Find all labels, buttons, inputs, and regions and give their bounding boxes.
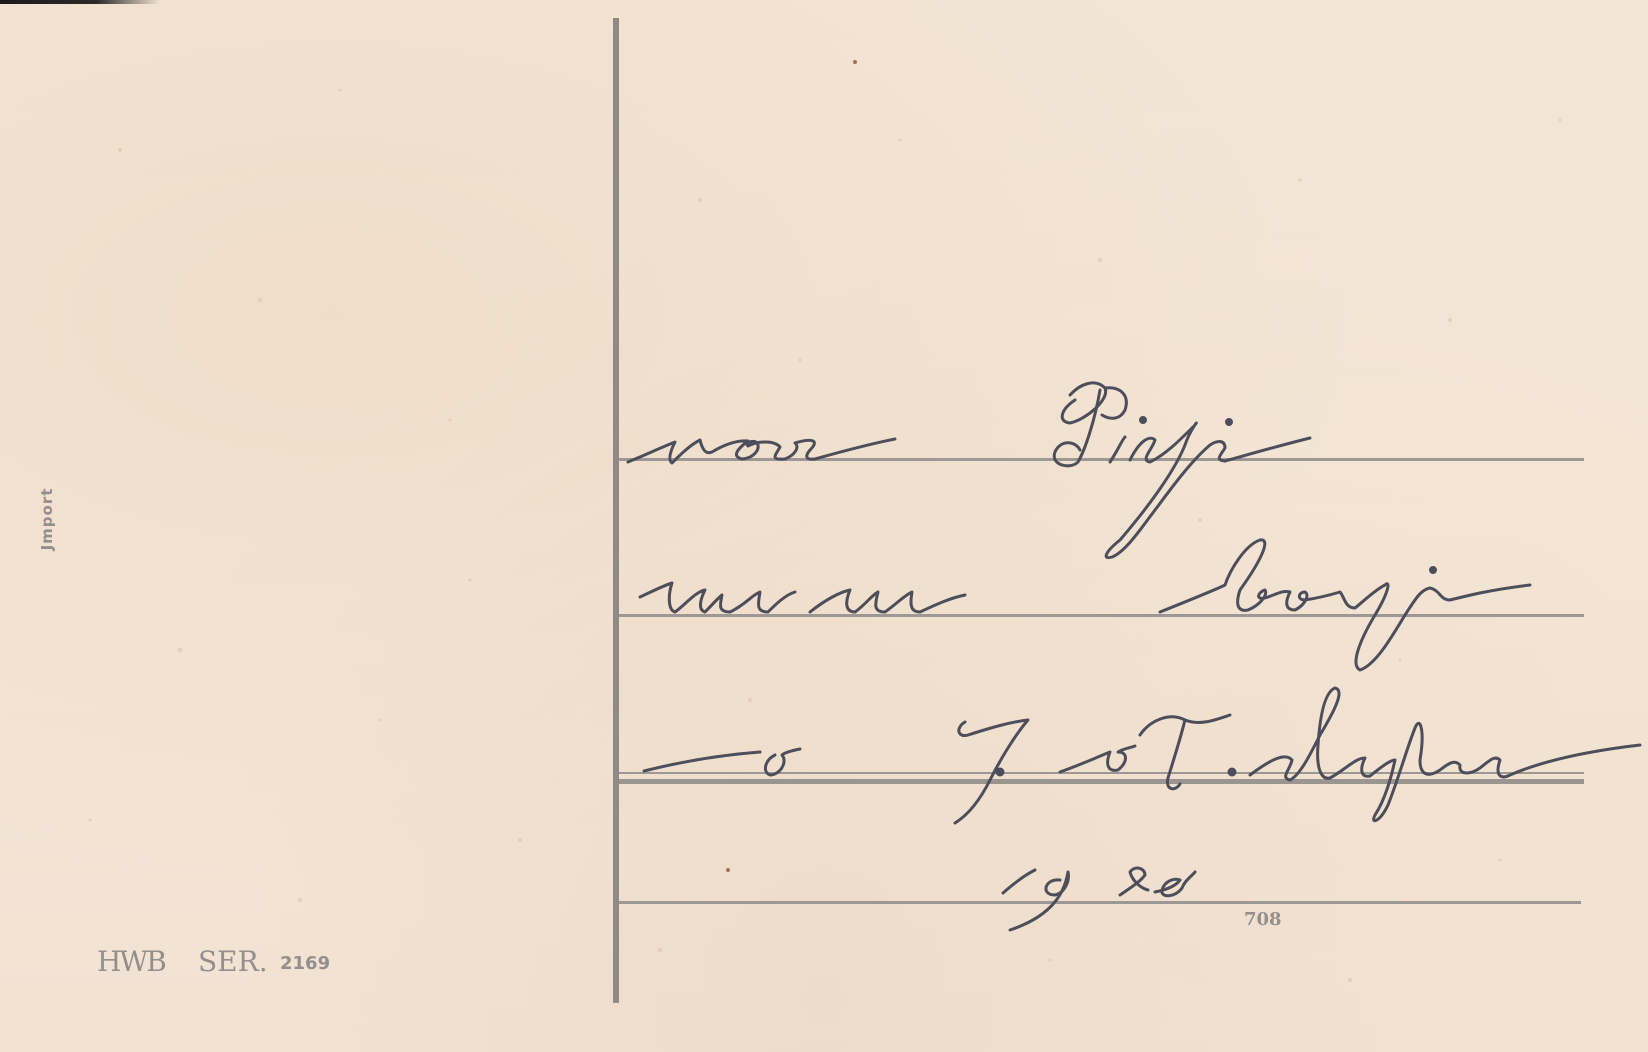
paper-speckles <box>0 0 1648 1052</box>
card-number: 708 <box>1244 909 1282 930</box>
address-divider <box>613 18 619 1003</box>
address-line-3-thick <box>619 779 1584 784</box>
handwriting-strokes <box>0 0 1648 1052</box>
series-number: 2169 <box>280 953 330 974</box>
publisher-logo: HWB <box>97 945 165 978</box>
import-label: Jmport <box>38 459 56 579</box>
postcard-back: Jmport HWB SER. 2169 708 voor Pietje van… <box>0 0 1648 1052</box>
scan-edge <box>0 0 160 4</box>
series-label: SER. <box>198 945 268 978</box>
